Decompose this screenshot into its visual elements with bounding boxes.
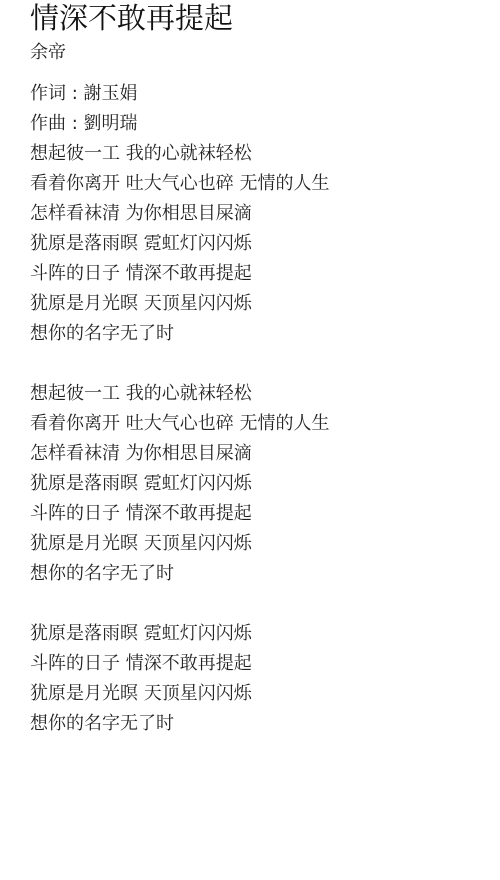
lyric-line: 看着你离开 吐大气心也碎 无情的人生 <box>30 409 490 439</box>
lyric-line: 想起彼一工 我的心就袜轻松 <box>30 139 490 169</box>
artist-name: 余帝 <box>30 38 490 68</box>
lyric-line: 想你的名字无了时 <box>30 559 490 589</box>
lyric-line: 犹原是落雨暝 霓虹灯闪闪烁 <box>30 229 490 259</box>
credit-lyricist: 作词 : 謝玉娟 <box>30 79 490 109</box>
credit-composer: 作曲 : 劉明瑞 <box>30 109 490 139</box>
lyric-line: 犹原是落雨暝 霓虹灯闪闪烁 <box>30 619 490 649</box>
lyric-line: 想起彼一工 我的心就袜轻松 <box>30 379 490 409</box>
lyric-line: 犹原是月光暝 天顶星闪闪烁 <box>30 679 490 709</box>
lyric-line: 想你的名字无了时 <box>30 319 490 349</box>
lyric-line: 犹原是落雨暝 霓虹灯闪闪烁 <box>30 469 490 499</box>
lyrics-page: 情深不敢再提起 余帝 作词 : 謝玉娟 作曲 : 劉明瑞 想起彼一工 我的心就袜… <box>30 0 490 739</box>
song-title: 情深不敢再提起 <box>30 0 490 36</box>
lyric-line: 犹原是月光暝 天顶星闪闪烁 <box>30 529 490 559</box>
lyric-line: 斗阵的日子 情深不敢再提起 <box>30 499 490 529</box>
lyric-line: 怎样看袜清 为你相思目屎滴 <box>30 439 490 469</box>
lyric-line: 犹原是月光暝 天顶星闪闪烁 <box>30 289 490 319</box>
lyric-line: 斗阵的日子 情深不敢再提起 <box>30 649 490 679</box>
stanza-break <box>30 589 490 619</box>
lyrics-body: 作词 : 謝玉娟 作曲 : 劉明瑞 想起彼一工 我的心就袜轻松 看着你离开 吐大… <box>30 79 490 739</box>
lyric-line: 斗阵的日子 情深不敢再提起 <box>30 259 490 289</box>
stanza-break <box>30 349 490 379</box>
lyric-line: 想你的名字无了时 <box>30 709 490 739</box>
lyric-line: 怎样看袜清 为你相思目屎滴 <box>30 199 490 229</box>
lyric-line: 看着你离开 吐大气心也碎 无情的人生 <box>30 169 490 199</box>
